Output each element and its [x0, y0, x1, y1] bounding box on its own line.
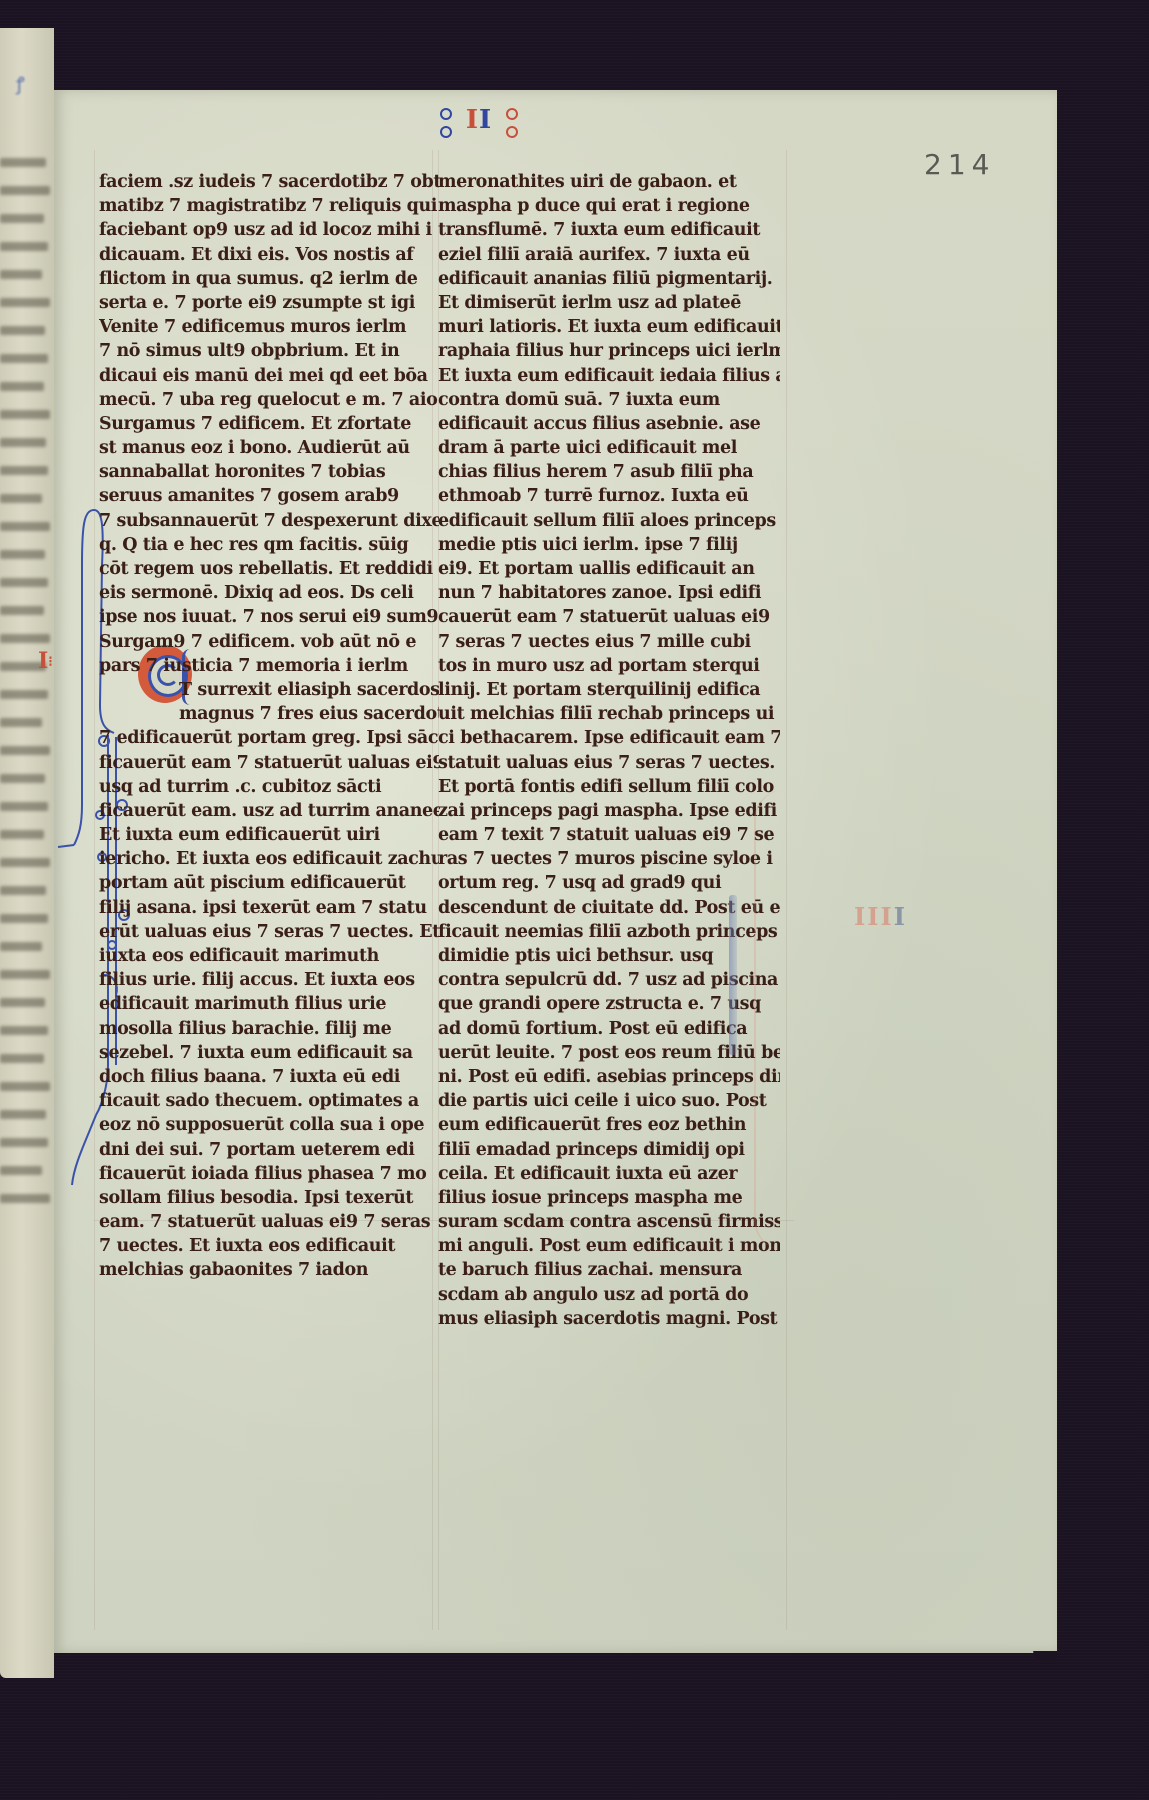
- facing-page-text-line: [0, 550, 45, 559]
- text-line: 7 subsannauerūt 7 despexerunt dixerūt: [99, 509, 439, 533]
- text-line: faciebant op9 usz ad id locoz mihi i: [99, 218, 439, 242]
- text-line: st manus eoz i bono. Audierūt aū: [99, 436, 439, 460]
- text-line: sannaballat horonites 7 tobias: [99, 460, 439, 484]
- text-line: dicauam. Et dixi eis. Vos nostis af: [99, 243, 439, 267]
- text-line: zai princeps pagi maspha. Ipse edifi: [438, 799, 780, 823]
- text-line: mi anguli. Post eum edificauit i mon: [438, 1234, 780, 1258]
- text-line: Et iuxta eum edificauerūt uiri: [99, 823, 439, 847]
- text-line: cōt regem uos rebellatis. Et reddidi: [99, 557, 439, 581]
- text-line: Et portā fontis edifi sellum filiī colo: [438, 775, 780, 799]
- text-line: iuxta eos edificauit marimuth: [99, 944, 439, 968]
- text-line: linij. Et portam sterquilinij edifica: [438, 678, 780, 702]
- text-line: sollam filius besodia. Ipsi texerūt: [99, 1186, 439, 1210]
- facing-page-text-line: [0, 438, 46, 447]
- manuscript-leaf: I I 214 I⁝ fa: [54, 90, 1057, 1653]
- text-line: 7 uectes. Et iuxta eos edificauit: [99, 1234, 439, 1258]
- text-line: ethmoab 7 turrē furnoz. Iuxta eū: [438, 484, 780, 508]
- facing-page-text-line: [0, 354, 48, 363]
- text-line: contra domū suā. 7 iuxta eum: [438, 388, 780, 412]
- facing-page-text-line: [0, 1110, 46, 1119]
- rubric-dots-icon: ⁝: [48, 654, 52, 670]
- flourish-icon: [506, 126, 518, 138]
- text-line: mecū. 7 uba reg quelocut e m. 7 aio: [99, 388, 439, 412]
- folio-number: 214: [924, 148, 995, 181]
- text-line: filius iosue princeps maspha me: [438, 1186, 780, 1210]
- text-line: ficauerūt eam 7 statuerūt ualuas ei9. 7: [99, 751, 439, 775]
- right-text-column: meronathites uiri de gabaon. et maspha p…: [438, 170, 780, 1331]
- text-line: usq ad turrim .c. cubitoz sācti: [99, 775, 439, 799]
- facing-page-text-line: [0, 886, 46, 895]
- text-line: ras 7 uectes 7 muros piscine syloe i: [438, 847, 780, 871]
- facing-page-text-line: [0, 410, 50, 419]
- text-line: uit melchias filiī rechab princeps ui: [438, 702, 780, 726]
- flourish-icon: [440, 108, 452, 120]
- text-line: edificauit ananias filiū pigmentarij.: [438, 267, 780, 291]
- running-head-blue-numeral: I: [479, 105, 492, 135]
- flourish-icon: [506, 108, 518, 120]
- text-line: ficauit sado thecuem. optimates a: [99, 1089, 439, 1113]
- facing-page-text-line: [0, 802, 48, 811]
- text-line: ei9. Et portam uallis edificauit an: [438, 557, 780, 581]
- text-line: ortum reg. 7 usq ad grad9 qui: [438, 871, 780, 895]
- left-text-column: faciem .sz iudeis 7 sacerdotibz 7 obti m…: [99, 170, 439, 1283]
- text-line: Surgam9 7 edificem. vob aūt nō e: [99, 630, 439, 654]
- text-line: pars 7 iusticia 7 memoria i ierlm: [99, 654, 439, 678]
- facing-page-text-line: [0, 466, 48, 475]
- text-line: portam aūt piscium edificauerūt: [99, 871, 439, 895]
- text-line: mosolla filius barachie. filij me: [99, 1017, 439, 1041]
- text-line: seruus amanites 7 gosem arab9: [99, 484, 439, 508]
- text-line: tos in muro usz ad portam sterqui: [438, 654, 780, 678]
- text-line: ipse nos iuuat. 7 nos serui ei9 sum9: [99, 605, 439, 629]
- text-line: eum edificauerūt fres eoz bethin: [438, 1113, 780, 1137]
- facing-page-text-line: [0, 942, 42, 951]
- facing-page-text-line: [0, 578, 48, 587]
- text-line: dni dei sui. 7 portam ueterem edi: [99, 1138, 439, 1162]
- text-line: Venite 7 edificemus muros ierlm: [99, 315, 439, 339]
- facing-page-text-line: [0, 1082, 50, 1091]
- show-through-rubric-blue: I: [894, 902, 907, 931]
- text-line: edificauit accus filius asebnie. ase: [438, 412, 780, 436]
- facing-page-text-line: [0, 746, 50, 755]
- text-line: magnus 7 fres eius sacerdote: [99, 702, 439, 726]
- text-line: statuit ualuas eius 7 seras 7 uectes.: [438, 751, 780, 775]
- chapter-number: I: [38, 648, 48, 674]
- facing-page-text-line: [0, 998, 45, 1007]
- text-line: Et dimiserūt ierlm usz ad plateē: [438, 291, 780, 315]
- text-line: melchias gabaonites 7 iadon: [99, 1258, 439, 1282]
- text-line: eis sermonē. Dixiq ad eos. Ds celi: [99, 581, 439, 605]
- text-line: serta e. 7 porte ei9 zsumpte st igi: [99, 291, 439, 315]
- text-line: sezebel. 7 iuxta eum edificauit sa: [99, 1041, 439, 1065]
- facing-page-text-line: [0, 270, 42, 279]
- facing-page-text-line: [0, 186, 50, 195]
- text-line: dicaui eis manū dei mei qd eet bōa: [99, 364, 439, 388]
- text-line: 7 edificauerūt portam greg. Ipsi sācti: [99, 726, 439, 750]
- facing-page-text-line: [0, 382, 44, 391]
- text-line: suram scdam contra ascensū firmissi: [438, 1210, 780, 1234]
- text-line: raphaia filius hur princeps uici ierlm.: [438, 339, 780, 363]
- facing-page-text-line: [0, 774, 45, 783]
- show-through-blue-bracket: [729, 895, 737, 1055]
- text-line: erūt ualuas eius 7 seras 7 uectes. Et: [99, 920, 439, 944]
- text-line: muri latioris. Et iuxta eum edificauit: [438, 315, 780, 339]
- facing-page-text-line: [0, 214, 44, 223]
- facing-page-text-line: [0, 298, 50, 307]
- facing-page-text-line: [0, 158, 46, 167]
- text-line: Et iuxta eum edificauit iedaia filius ar…: [438, 364, 780, 388]
- text-line: dram ā parte uici edificauit mel: [438, 436, 780, 460]
- running-head: I I: [434, 100, 524, 140]
- text-line: mus eliasiph sacerdotis magni. Post: [438, 1307, 780, 1331]
- text-line: ci bethacarem. Ipse edificauit eam 7: [438, 726, 780, 750]
- text-line: doch filius baana. 7 iuxta eū edi: [99, 1065, 439, 1089]
- facing-page-text-line: [0, 326, 45, 335]
- facing-page-text-line: [0, 606, 44, 615]
- text-line: eam. 7 statuerūt ualuas ei9 7 seras: [99, 1210, 439, 1234]
- facing-page-text-line: [0, 1026, 48, 1035]
- text-line: meronathites uiri de gabaon. et: [438, 170, 780, 194]
- text-line: edificauit sellum filiī aloes princeps: [438, 509, 780, 533]
- flourish-icon: [440, 126, 452, 138]
- text-line: eoz nō supposuerūt colla sua i ope: [99, 1113, 439, 1137]
- text-line: filiī emadad princeps dimidij opi: [438, 1138, 780, 1162]
- text-line: medie ptis uici ierlm. ipse 7 filij: [438, 533, 780, 557]
- text-line: ni. Post eū edifi. asebias princeps dimi: [438, 1065, 780, 1089]
- facing-page-text-line: [0, 522, 50, 531]
- facing-page-rubric-mark: ꝭ: [16, 72, 25, 96]
- text-line: nun 7 habitatores zanoe. Ipsi edifi: [438, 581, 780, 605]
- text-line: transflumē. 7 iuxta eum edificauit: [438, 218, 780, 242]
- text-line: maspha p duce qui erat i regione: [438, 194, 780, 218]
- text-line: iericho. Et iuxta eos edificauit zachur …: [99, 847, 439, 871]
- facing-page-text-line: [0, 242, 48, 251]
- text-line: eam 7 texit 7 statuit ualuas ei9 7 se: [438, 823, 780, 847]
- text-line: faciem .sz iudeis 7 sacerdotibz 7 obti: [99, 170, 439, 194]
- facing-page-text-line: [0, 858, 50, 867]
- facing-page-text-line: [0, 970, 50, 979]
- text-line: ficauerūt eam. usz ad turrim ananeel.: [99, 799, 439, 823]
- facing-page-text-line: [0, 830, 44, 839]
- facing-page-text-line: [0, 634, 50, 643]
- offset-show-through: [754, 790, 836, 1250]
- text-line: ceila. Et edificauit iuxta eū azer: [438, 1162, 780, 1186]
- facing-page-text-line: [0, 1138, 48, 1147]
- show-through-rubric-red: III: [854, 902, 894, 931]
- text-line: T surrexit eliasiph sacerdos: [99, 678, 439, 702]
- text-line: scdam ab angulo usz ad portā do: [438, 1283, 780, 1307]
- facing-page-text-line: [0, 718, 42, 727]
- text-line: cauerūt eam 7 statuerūt ualuas ei9: [438, 605, 780, 629]
- text-line: te baruch filius zachai. mensura: [438, 1258, 780, 1282]
- running-head-red-numeral: I: [466, 105, 479, 135]
- facing-page-text-line: [0, 494, 42, 503]
- text-line: matibz 7 magistratibz 7 reliquis qui: [99, 194, 439, 218]
- text-line: 7 seras 7 uectes eius 7 mille cubi: [438, 630, 780, 654]
- facing-page-text-line: [0, 690, 48, 699]
- show-through-rubric: IIII: [854, 898, 944, 934]
- facing-page-text-line: [0, 1166, 42, 1175]
- text-line: q. Q tia e hec res qm facitis. sūig: [99, 533, 439, 557]
- facing-page-text-line: [0, 1194, 50, 1203]
- text-line: die partis uici ceile i uico suo. Post: [438, 1089, 780, 1113]
- text-line: Surgamus 7 edificem. Et zfortate: [99, 412, 439, 436]
- text-line: flictom in qua sumus. q2 ierlm de: [99, 267, 439, 291]
- facing-page-edge: ꝭ: [0, 28, 54, 1678]
- text-line: 7 nō simus ult9 obpbrium. Et in: [99, 339, 439, 363]
- text-line: filius urie. filij accus. Et iuxta eos: [99, 968, 439, 992]
- chapter-number-marker: I⁝: [38, 648, 53, 674]
- text-line: ficauerūt ioiada filius phasea 7 mo: [99, 1162, 439, 1186]
- text-line: edificauit marimuth filius urie: [99, 992, 439, 1016]
- text-line: chias filius herem 7 asub filiī pha: [438, 460, 780, 484]
- facing-page-text-line: [0, 1054, 44, 1063]
- text-line: filij asana. ipsi texerūt eam 7 statu: [99, 896, 439, 920]
- facing-page-text-line: [0, 914, 48, 923]
- text-line: eziel filiī araiā aurifex. 7 iuxta eū: [438, 243, 780, 267]
